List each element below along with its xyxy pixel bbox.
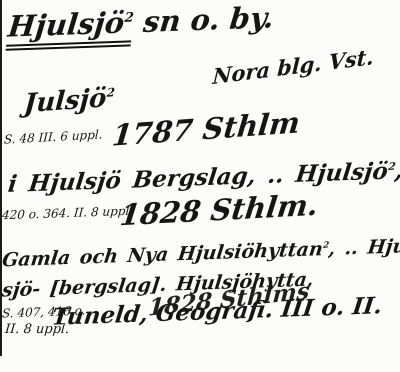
citation-2: 420 o. 364. II. 8 uppl. <box>2 205 134 222</box>
title-rest: sn o. by. <box>131 0 275 39</box>
entry-hyttan-text: Gamla och Nya Hjulsiöhyttan <box>1 238 324 271</box>
entry-bergslag: i Hjulsjö Bergslag, .. Hjulsjö2, <box>7 159 400 196</box>
name-variant-superscript: 2 <box>106 85 115 100</box>
edition-1787: 1787 Sthlm <box>111 108 302 150</box>
archive-card: Hjulsjö2 sn o. by. Nora blg. Vst. Julsjö… <box>0 0 400 372</box>
entry-bergslag-text: i Hjulsjö Bergslag, .. Hjulsjö <box>6 158 389 198</box>
entry-hyttan: Gamla och Nya Hjulsiöhyttan2, .. Hjul- <box>1 237 400 271</box>
entry-hyttan-post: , .. Hjul- <box>327 235 400 260</box>
name-variant-text: Julsjö <box>23 83 107 119</box>
title-place-text: Hjulsjö <box>6 6 126 44</box>
source-reference: Tuneld, Geografi. III o. II. <box>51 294 384 329</box>
scan-edge-artifact <box>0 0 2 356</box>
district-label: Nora blg. Vst. <box>212 46 374 87</box>
card-title: Hjulsjö2 sn o. by. <box>7 3 276 41</box>
title-place-name: Hjulsjö2 <box>6 5 135 51</box>
edition-1828: 1828 Sthlm. <box>118 191 319 231</box>
name-variant: Julsjö2 <box>23 85 115 118</box>
citation-1: S. 48 III. 6 uppl. <box>4 128 103 145</box>
